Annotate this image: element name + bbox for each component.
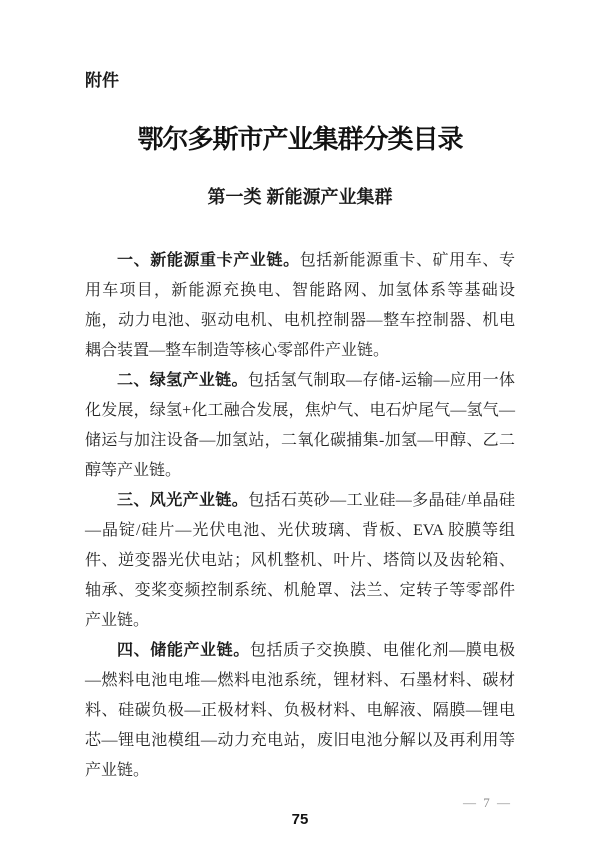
document-body: 一、新能源重卡产业链。包括新能源重卡、矿用车、专用车项目，新能源充换电、智能路网…: [85, 246, 515, 786]
page-number-overall: 75: [0, 811, 600, 828]
section-heading: 第一类 新能源产业集群: [85, 185, 515, 209]
paragraph-new-energy-truck: 一、新能源重卡产业链。包括新能源重卡、矿用车、专用车项目，新能源充换电、智能路网…: [85, 246, 515, 366]
paragraph-wind-solar: 三、风光产业链。包括石英砂—工业硅—多晶硅/单晶硅—晶锭/硅片—光伏电池、光伏玻…: [85, 486, 515, 636]
paragraph-wind-solar-lead: 三、风光产业链。: [117, 492, 248, 509]
paragraph-energy-storage-lead: 四、储能产业链。: [117, 642, 250, 659]
attachment-label: 附件: [85, 0, 515, 92]
paragraph-green-hydrogen: 二、绿氢产业链。包括氢气制取—存储-运输—应用一体化发展，绿氢+化工融合发展，焦…: [85, 366, 515, 486]
document-page: 附件 鄂尔多斯市产业集群分类目录 第一类 新能源产业集群 一、新能源重卡产业链。…: [0, 0, 600, 848]
paragraph-green-hydrogen-lead: 二、绿氢产业链。: [117, 372, 248, 389]
paragraph-new-energy-truck-lead: 一、新能源重卡产业链。: [117, 252, 300, 269]
paragraph-wind-solar-text: 包括石英砂—工业硅—多晶硅/单晶硅—晶锭/硅片—光伏电池、光伏玻璃、背板、EVA…: [85, 492, 515, 629]
document-title: 鄂尔多斯市产业集群分类目录: [85, 123, 515, 157]
page-number-document: — 7 —: [463, 795, 512, 811]
paragraph-energy-storage-text: 包括质子交换膜、电催化剂—膜电极—燃料电池电堆—燃料电池系统，锂材料、石墨材料、…: [85, 642, 515, 779]
paragraph-energy-storage: 四、储能产业链。包括质子交换膜、电催化剂—膜电极—燃料电池电堆—燃料电池系统，锂…: [85, 636, 515, 786]
